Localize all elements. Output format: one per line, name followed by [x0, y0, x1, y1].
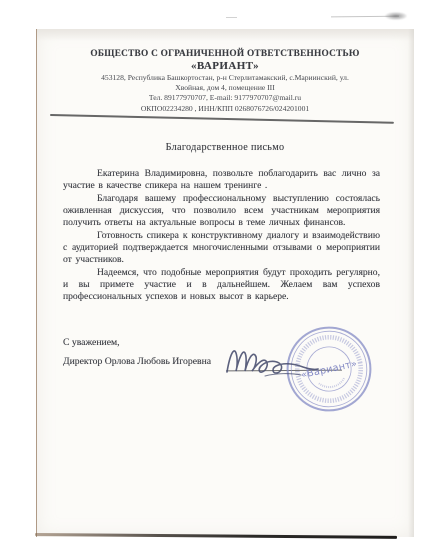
signatory-name: Директор Орлова Любовь Игоревна	[63, 356, 211, 367]
org-contacts-line: Тел. 89177970707, E-mail: 9177970707@mai…	[45, 93, 405, 102]
org-type-line: ОБЩЕСТВО С ОГРАНИЧЕННОЙ ОТВЕТСТВЕННОСТЬЮ	[45, 49, 405, 59]
scanned-letter: ОБЩЕСТВО С ОГРАНИЧЕННОЙ ОТВЕТСТВЕННОСТЬЮ…	[0, 0, 432, 560]
letter-body: Екатерина Владимировна, позвольте поблаг…	[63, 168, 380, 304]
letterhead: ОБЩЕСТВО С ОГРАНИЧЕННОЙ ОТВЕТСТВЕННОСТЬЮ…	[45, 49, 405, 113]
letterhead-divider	[50, 114, 394, 124]
paragraph-2: Благодаря вашему профессиональному высту…	[63, 193, 380, 230]
paragraph-1: Екатерина Владимировна, позвольте поблаг…	[63, 168, 380, 193]
closing-salutation: С уважением,	[63, 337, 120, 348]
org-address-line-1: 453128, Республика Башкортостан, р-н Сте…	[45, 73, 405, 82]
org-codes-line: ОКПО02234280 , ИНН/КПП 0268076726/024201…	[45, 104, 405, 113]
letter-page: ОБЩЕСТВО С ОГРАНИЧЕННОЙ ОТВЕТСТВЕННОСТЬЮ…	[36, 29, 414, 537]
paragraph-3: Готовность спикера к конструктивному диа…	[63, 230, 380, 267]
paragraph-4: Надеемся, что подобные мероприятия будут…	[63, 267, 380, 304]
org-address-line-2: Хвойная, дом 4, помещение III	[45, 83, 405, 92]
scan-artifact-smudge	[385, 12, 407, 20]
letter-title: Благодарственное письмо	[37, 142, 413, 153]
scan-artifact-dash	[226, 17, 237, 18]
org-name: «ВАРИАНТ»	[45, 60, 405, 72]
director-signature	[221, 340, 323, 382]
